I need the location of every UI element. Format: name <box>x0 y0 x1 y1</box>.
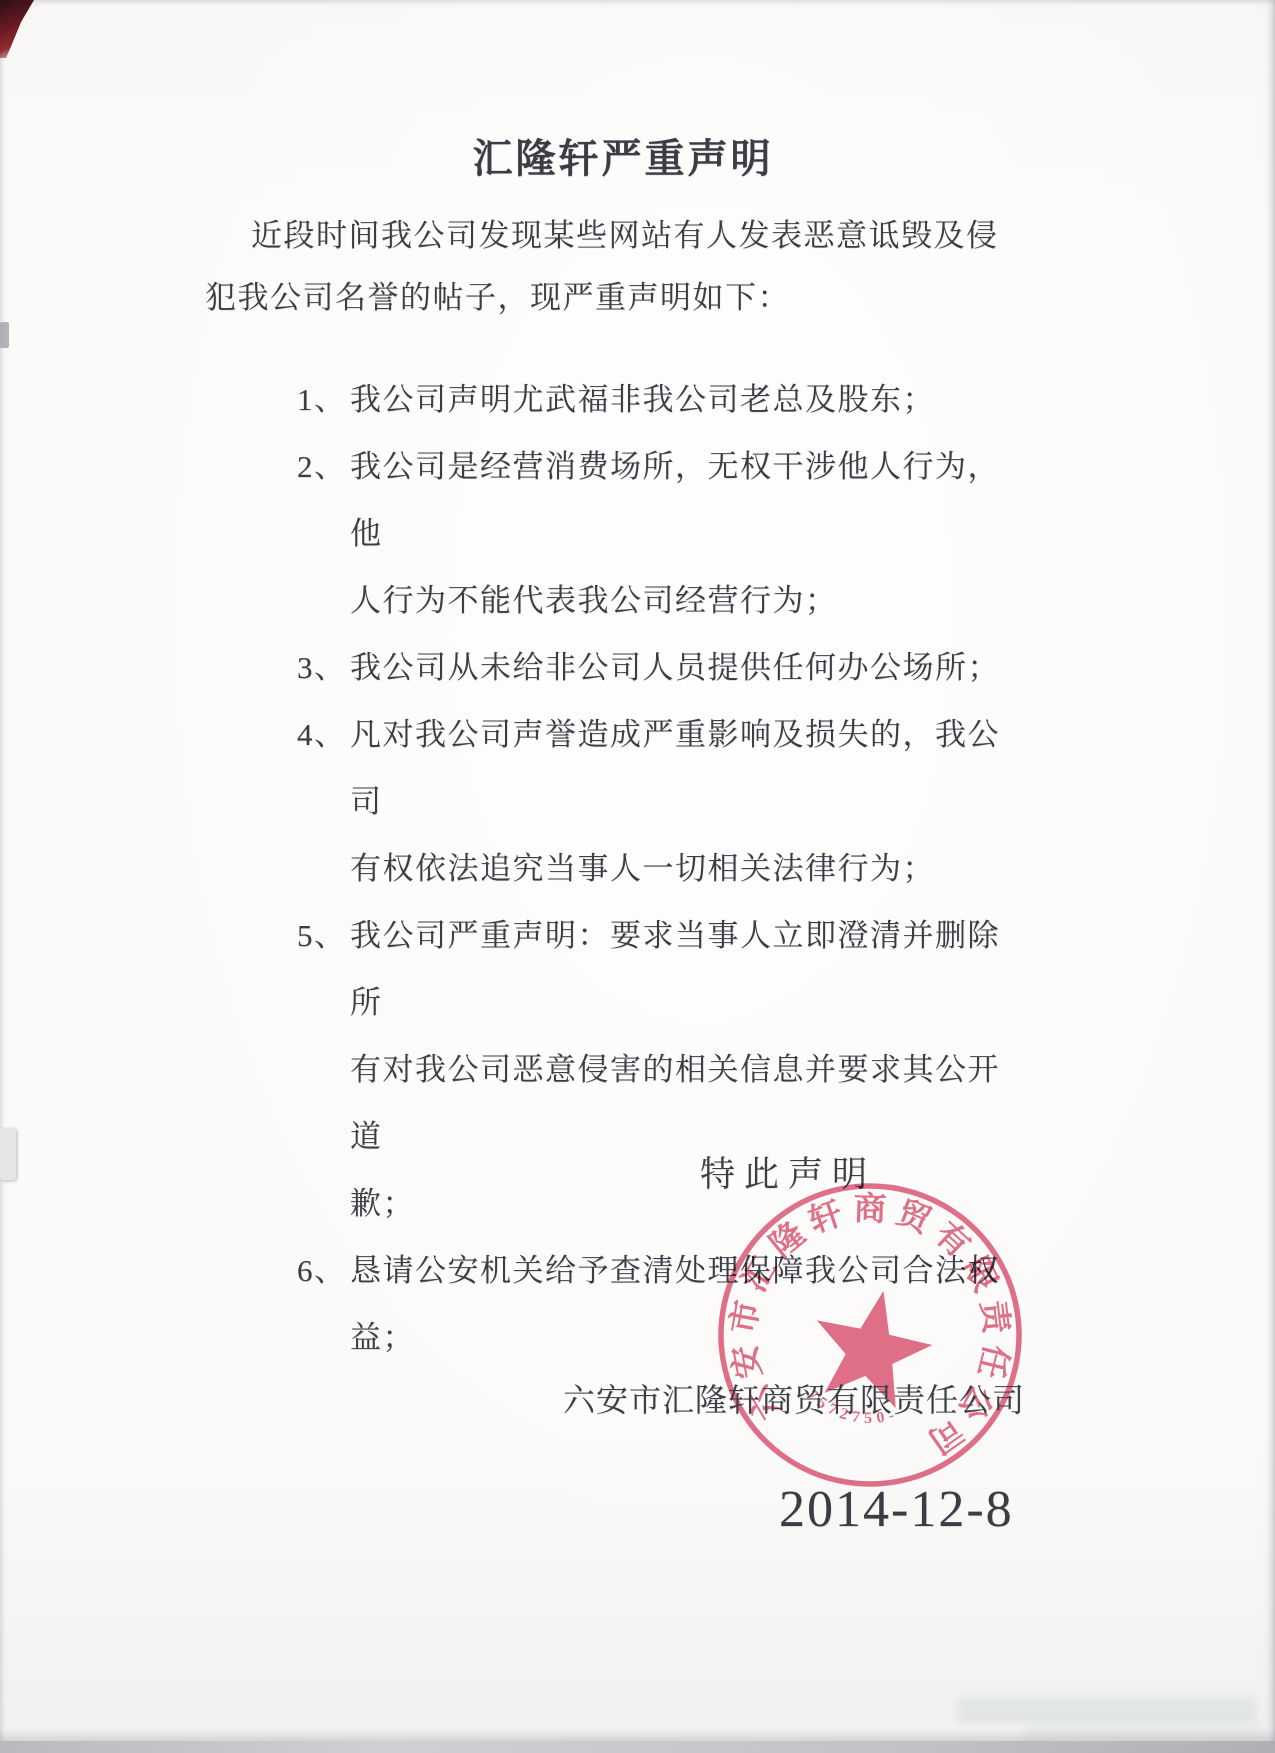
item-text: 凡对我公司声誉造成严重影响及损失的，我公司有权依法追究当事人一切相关法律行为； <box>350 701 1025 902</box>
intro-line: 近段时间我公司发现某些网站有人发表恶意诋毁及侵 <box>205 205 1005 267</box>
item-number: 2、 <box>297 433 350 500</box>
statement-line: 人行为不能代表我公司经营行为； <box>350 567 1025 634</box>
scanned-document-page: 汇隆轩严重声明 近段时间我公司发现某些网站有人发表恶意诋毁及侵 犯我公司名誉的帖… <box>0 0 1275 1753</box>
statement-item: 1、 我公司声明尤武福非我公司老总及股东； <box>205 366 1025 433</box>
statement-item: 4、 凡对我公司声誉造成严重影响及损失的，我公司有权依法追究当事人一切相关法律行… <box>205 701 1025 902</box>
statement-line: 有权依法追究当事人一切相关法律行为； <box>350 835 1025 902</box>
statement-line: 我公司是经营消费场所，无权干涉他人行为，他 <box>350 433 1025 567</box>
watermark-smudge <box>1025 1727 1265 1747</box>
watermark-smudge <box>957 1697 1257 1723</box>
item-text: 我公司声明尤武福非我公司老总及股东； <box>350 366 1025 433</box>
date: 2014-12-8 <box>779 1480 1014 1540</box>
item-number: 1、 <box>297 366 350 433</box>
item-number: 6、 <box>297 1237 350 1304</box>
statement-line: 凡对我公司声誉造成严重影响及损失的，我公司 <box>350 701 1025 835</box>
scan-corner-mark <box>0 0 34 58</box>
item-number: 4、 <box>297 701 350 768</box>
statement-item: 3、 我公司从未给非公司人员提供任何办公场所； <box>205 634 1025 701</box>
intro-paragraph: 近段时间我公司发现某些网站有人发表恶意诋毁及侵 犯我公司名誉的帖子，现严重声明如… <box>205 205 1005 329</box>
company-seal-stamp: 六安市汇隆轩商贸有限责任公司 57572750-X <box>710 1175 1030 1495</box>
statement-line: 我公司严重声明：要求当事人立即澄清并删除所 <box>350 902 1025 1036</box>
statement-line: 我公司从未给非公司人员提供任何办公场所； <box>350 634 1025 701</box>
item-text: 我公司是经营消费场所，无权干涉他人行为，他人行为不能代表我公司经营行为； <box>350 433 1025 634</box>
document-title: 汇隆轩严重声明 <box>205 128 1005 190</box>
scan-edge-speck <box>0 322 9 348</box>
item-number: 3、 <box>297 634 350 701</box>
item-number: 5、 <box>297 902 350 969</box>
statement-line: 有对我公司恶意侵害的相关信息并要求其公开道 <box>350 1036 1025 1170</box>
scan-edge-chip <box>0 1128 16 1180</box>
item-text: 我公司从未给非公司人员提供任何办公场所； <box>350 634 1025 701</box>
statement-item: 2、 我公司是经营消费场所，无权干涉他人行为，他人行为不能代表我公司经营行为； <box>205 433 1025 634</box>
company-name: 六安市汇隆轩商贸有限责任公司 <box>563 1374 1025 1426</box>
intro-line: 犯我公司名誉的帖子，现严重声明如下： <box>205 267 1005 329</box>
statement-line: 我公司声明尤武福非我公司老总及股东； <box>350 366 1025 433</box>
